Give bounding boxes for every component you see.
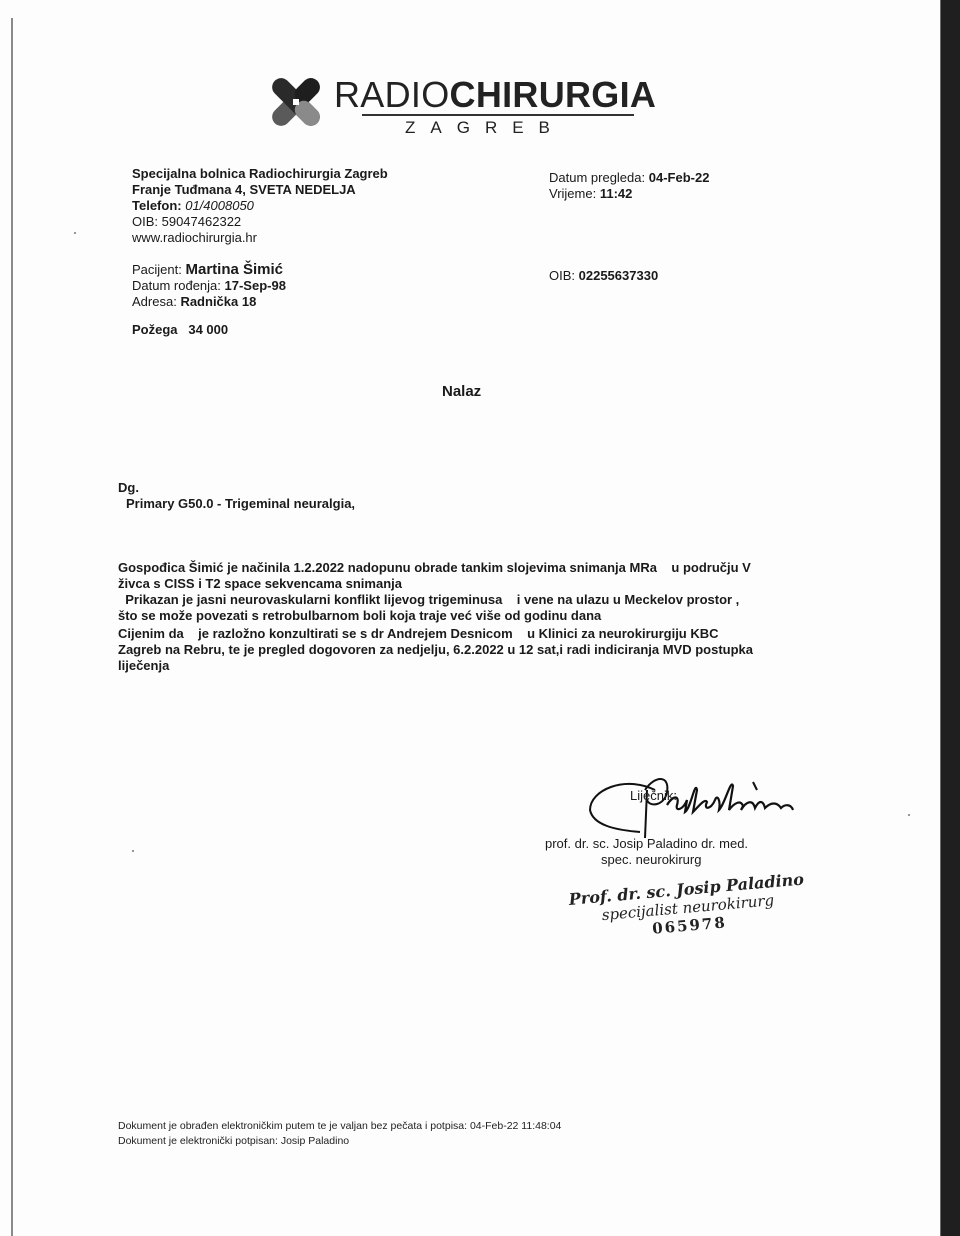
hospital-name: Specijalna bolnica Radiochirurgia Zagreb: [132, 166, 388, 182]
patient-dob-label: Datum rođenja:: [132, 278, 221, 293]
logo-name-bold: CHIRURGIA: [450, 74, 657, 115]
body-line: Cijenim da je razložno konzultirati se s…: [118, 626, 719, 642]
body-line: što se može povezati s retrobulbarnom bo…: [118, 608, 601, 624]
hospital-info: Specijalna bolnica Radiochirurgia Zagreb…: [132, 166, 388, 246]
scan-speck: [74, 232, 76, 234]
scan-speck: [908, 814, 910, 816]
diagnosis-label: Dg.: [118, 480, 139, 496]
logo-wordmark: RADIOCHIRURGIA: [334, 74, 656, 116]
exam-date-label: Datum pregleda:: [549, 170, 645, 185]
patient-name-label: Pacijent:: [132, 262, 182, 277]
footer-line: Dokument je elektronički potpisan: Josip…: [118, 1134, 349, 1148]
phone-value: 01/4008050: [185, 198, 254, 213]
patient-address: Adresa: Radnička 18: [132, 294, 286, 310]
hospital-oib: OIB: 59047462322: [132, 214, 388, 230]
scan-edge-line: [11, 18, 13, 1236]
exam-time: Vrijeme: 11:42: [549, 186, 709, 202]
hospital-phone: Telefon: 01/4008050: [132, 198, 388, 214]
hospital-website: www.radiochirurgia.hr: [132, 230, 388, 246]
body-line: živca s CISS i T2 space sekvencama snima…: [118, 576, 402, 592]
body-line: Prikazan je jasni neurovaskularni konfli…: [118, 592, 739, 608]
body-line: liječenja: [118, 658, 169, 674]
phone-label: Telefon:: [132, 198, 182, 213]
patient-name: Pacijent: Martina Šimić: [132, 262, 286, 278]
patient-info: Pacijent: Martina Šimić Datum rođenja: 1…: [132, 262, 286, 338]
scan-border: [940, 0, 960, 1236]
patient-oib-label: OIB:: [549, 268, 575, 283]
logo-divider: [362, 114, 634, 116]
footer-line: Dokument je obrađen elektroničkim putem …: [118, 1119, 561, 1133]
hospital-address: Franje Tuđmana 4, SVETA NEDELJA: [132, 182, 388, 198]
body-line: Gospođica Šimić je načinila 1.2.2022 nad…: [118, 560, 751, 576]
patient-address-value: Radnička 18: [180, 294, 256, 309]
patient-postal: 34 000: [188, 322, 228, 337]
cross-logo-icon: [266, 72, 326, 132]
doctor-specialty: spec. neurokirurg: [601, 852, 701, 867]
diagnosis-text: Primary G50.0 - Trigeminal neuralgia,: [126, 496, 355, 512]
signature-label: Liječnik:: [630, 788, 677, 803]
logo-name-light: RADIO: [334, 74, 450, 115]
doctor-stamp: Prof. dr. sc. Josip Paladino specijalist…: [568, 869, 808, 944]
exam-info: Datum pregleda: 04-Feb-22 Vrijeme: 11:42: [549, 170, 709, 202]
doctor-name: prof. dr. sc. Josip Paladino dr. med.: [545, 836, 748, 851]
patient-dob: Datum rođenja: 17-Sep-98: [132, 278, 286, 294]
patient-address-label: Adresa:: [132, 294, 177, 309]
patient-name-value: Martina Šimić: [186, 261, 284, 278]
scan-speck: [132, 850, 134, 852]
patient-oib-value: 02255637330: [579, 268, 659, 283]
handwritten-signature: [585, 770, 825, 840]
body-line: Zagreb na Rebru, te je pregled dogovoren…: [118, 642, 753, 658]
exam-date: Datum pregleda: 04-Feb-22: [549, 170, 709, 186]
logo-city: ZAGREB: [405, 118, 565, 138]
document-title: Nalaz: [442, 383, 481, 400]
patient-dob-value: 17-Sep-98: [225, 278, 286, 293]
patient-city: Požega 34 000: [132, 322, 286, 338]
exam-date-value: 04-Feb-22: [649, 170, 710, 185]
exam-time-label: Vrijeme:: [549, 186, 596, 201]
patient-oib: OIB: 02255637330: [549, 268, 658, 284]
exam-time-value: 11:42: [600, 186, 633, 201]
patient-city-name: Požega: [132, 322, 178, 337]
